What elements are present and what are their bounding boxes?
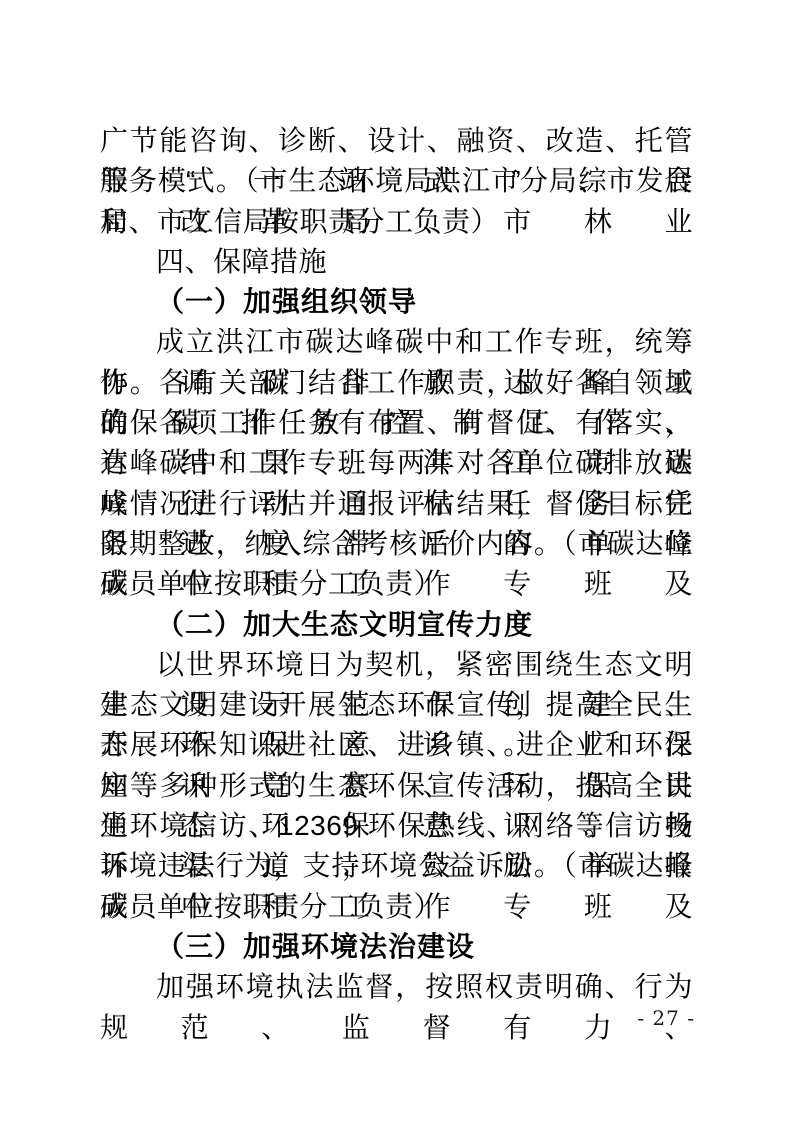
document-page: 广节能咨询、诊断、设计、融资、改造、托管等“一站式”综合服务模式。（市生态环境局… [0,0,793,1122]
text-line: 确保各项工作任务有布置、有督促、有落实、有结果。洪江市碳 [100,403,693,443]
text-line: 服务模式。（市生态环境局洪江市分局、市发展和改革局、市林业 [100,161,693,201]
text-line: 广节能咨询、诊断、设计、融资、改造、托管等“一站式”综合 [100,121,693,161]
text-line: 成情况进行评估并通报评估结果，督促目标任务进度滞后的单位 [100,484,693,524]
text-line: 通环境信访、12369 环保热线、网络等信访投诉渠道，鼓励举报 [100,806,693,846]
subsection-heading: （三）加强环境法治建设 [100,927,693,967]
text-line: 生态文明建设开展生态环保宣传，提高全民生态环保意识。广泛 [100,685,693,725]
text-line: 达峰碳中和工作专班每两年对各单位碳排放达峰行动目标任务完 [100,443,693,483]
document-body: 广节能咨询、诊断、设计、融资、改造、托管等“一站式”综合服务模式。（市生态环境局… [100,121,693,1008]
text-line: 以世界环境日为契机，紧密围绕生态文明建设示范市创建、 [100,645,693,685]
page-number: - 27 - [637,1006,695,1030]
text-line: 加强环境执法监督，按照权责明确、行为规范、监督有力、 [100,967,693,1007]
subsection-heading: （二）加大生态文明宣传力度 [100,605,693,645]
text-line: 开展环保知识进社区、进乡镇、进企业和环保知识竞赛、环保讲 [100,725,693,765]
text-line: 限期整改，纳入综合考核评价内容。（市碳达峰碳中和工作专班及 [100,524,693,564]
text-line: 作。各有关部门结合工作职责，做好各自领域的碳排放控制工作， [100,363,693,403]
section-heading: 四、保障措施 [100,242,693,282]
text-line: 环境违法行为，支持环境公益诉讼。（市碳达峰碳中和工作专班及 [100,846,693,886]
text-line: 成立洪江市碳达峰碳中和工作专班，统筹协调碳排放达峰工 [100,322,693,362]
subsection-heading: （一）加强组织领导 [100,282,693,322]
text-line: 座等多种形式的生态环保宣传活动，提高全民生态环保意识。畅 [100,766,693,806]
